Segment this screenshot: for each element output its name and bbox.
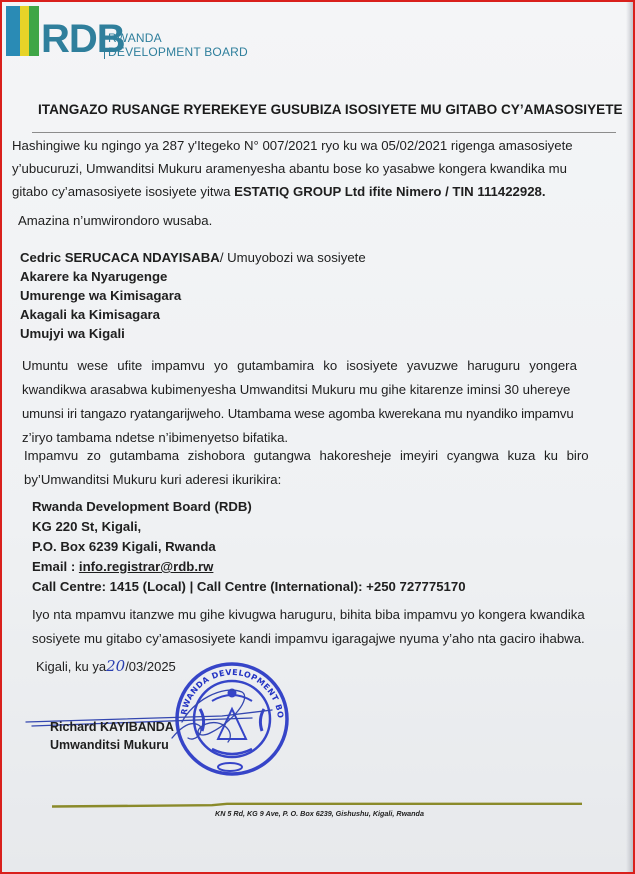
intro-line: y’ubucuruzi, Umwanditsi Mukuru aramenyes… [12,157,602,180]
intro-paragraph: Hashingiwe ku ngingo ya 287 y'Itegeko N°… [12,134,602,203]
applicant-sector: Umurenge wa Kimisagara [20,286,366,305]
logo-name: RWANDA DEVELOPMENT BOARD [108,31,248,59]
handwritten-day: 20 [106,657,125,675]
applicant-heading: Amazina n’umwirondoro wusaba. [18,209,212,232]
applicant-cell: Akagali ka Kimisagara [20,305,366,324]
page-edge-shadow [626,2,633,872]
company-name-tin: ESTATIQ GROUP Ltd ifite Nimero / TIN 111… [234,184,545,199]
intro-line: Hashingiwe ku ngingo ya 287 y'Itegeko N°… [12,134,602,157]
logo-separator [104,32,105,59]
title-divider [32,132,616,133]
intro-line: gitabo cy’amasosiyete isosiyete yitwa ES… [12,180,602,203]
registrar-email-row: Email : info.registrar@rdb.rw [32,557,466,577]
signatory-title: Umwanditsi Mukuru [50,736,174,754]
document-frame: RDB RWANDA DEVELOPMENT BOARD ITANGAZO RU… [0,0,635,874]
registrar-call-centre: Call Centre: 1415 (Local) | Call Centre … [32,577,466,597]
registrar-street: KG 220 St, Kigali, [32,517,466,537]
registrar-org: Rwanda Development Board (RDB) [32,497,466,517]
footer-divider [52,802,582,808]
applicant-role: / Umuyobozi wa sosiyete [220,250,366,265]
signatory-name: Richard KAYIBANDA [50,718,174,736]
closing-paragraph: Iyo nta mpamvu itanzwe mu gihe kivugwa h… [32,603,585,651]
applicant-name: Cedric SERUCACA NDAYISABA [20,250,220,265]
signatory: Richard KAYIBANDA Umwanditsi Mukuru [50,718,174,754]
document-title: ITANGAZO RUSANGE RYEREKEYE GUSUBIZA ISOS… [38,102,598,117]
registrar-email-link[interactable]: info.registrar@rdb.rw [79,559,214,574]
footer-address: KN 5 Rd, KG 9 Ave, P. O. Box 6239, Gishu… [2,809,635,818]
logo-name-line1: RWANDA [108,31,248,45]
registrar-address: Rwanda Development Board (RDB) KG 220 St… [32,497,466,597]
issue-date: Kigali, ku ya20/03/2025 [36,657,176,675]
objection-paragraph: Umuntu wese ufite impamvu yo gutambamira… [22,354,577,450]
logo-name-line2: DEVELOPMENT BOARD [108,45,248,59]
applicant-city: Umujyi wa Kigali [20,324,366,343]
submission-paragraph: Impamvu zo gutambama zishobora gutangwa … [24,444,589,492]
registrar-po-box: P.O. Box 6239 Kigali, Rwanda [32,537,466,557]
flag-stripes-icon [6,6,39,56]
applicant-district: Akarere ka Nyarugenge [20,267,366,286]
applicant-details: Cedric SERUCACA NDAYISABA/ Umuyobozi wa … [20,248,366,343]
